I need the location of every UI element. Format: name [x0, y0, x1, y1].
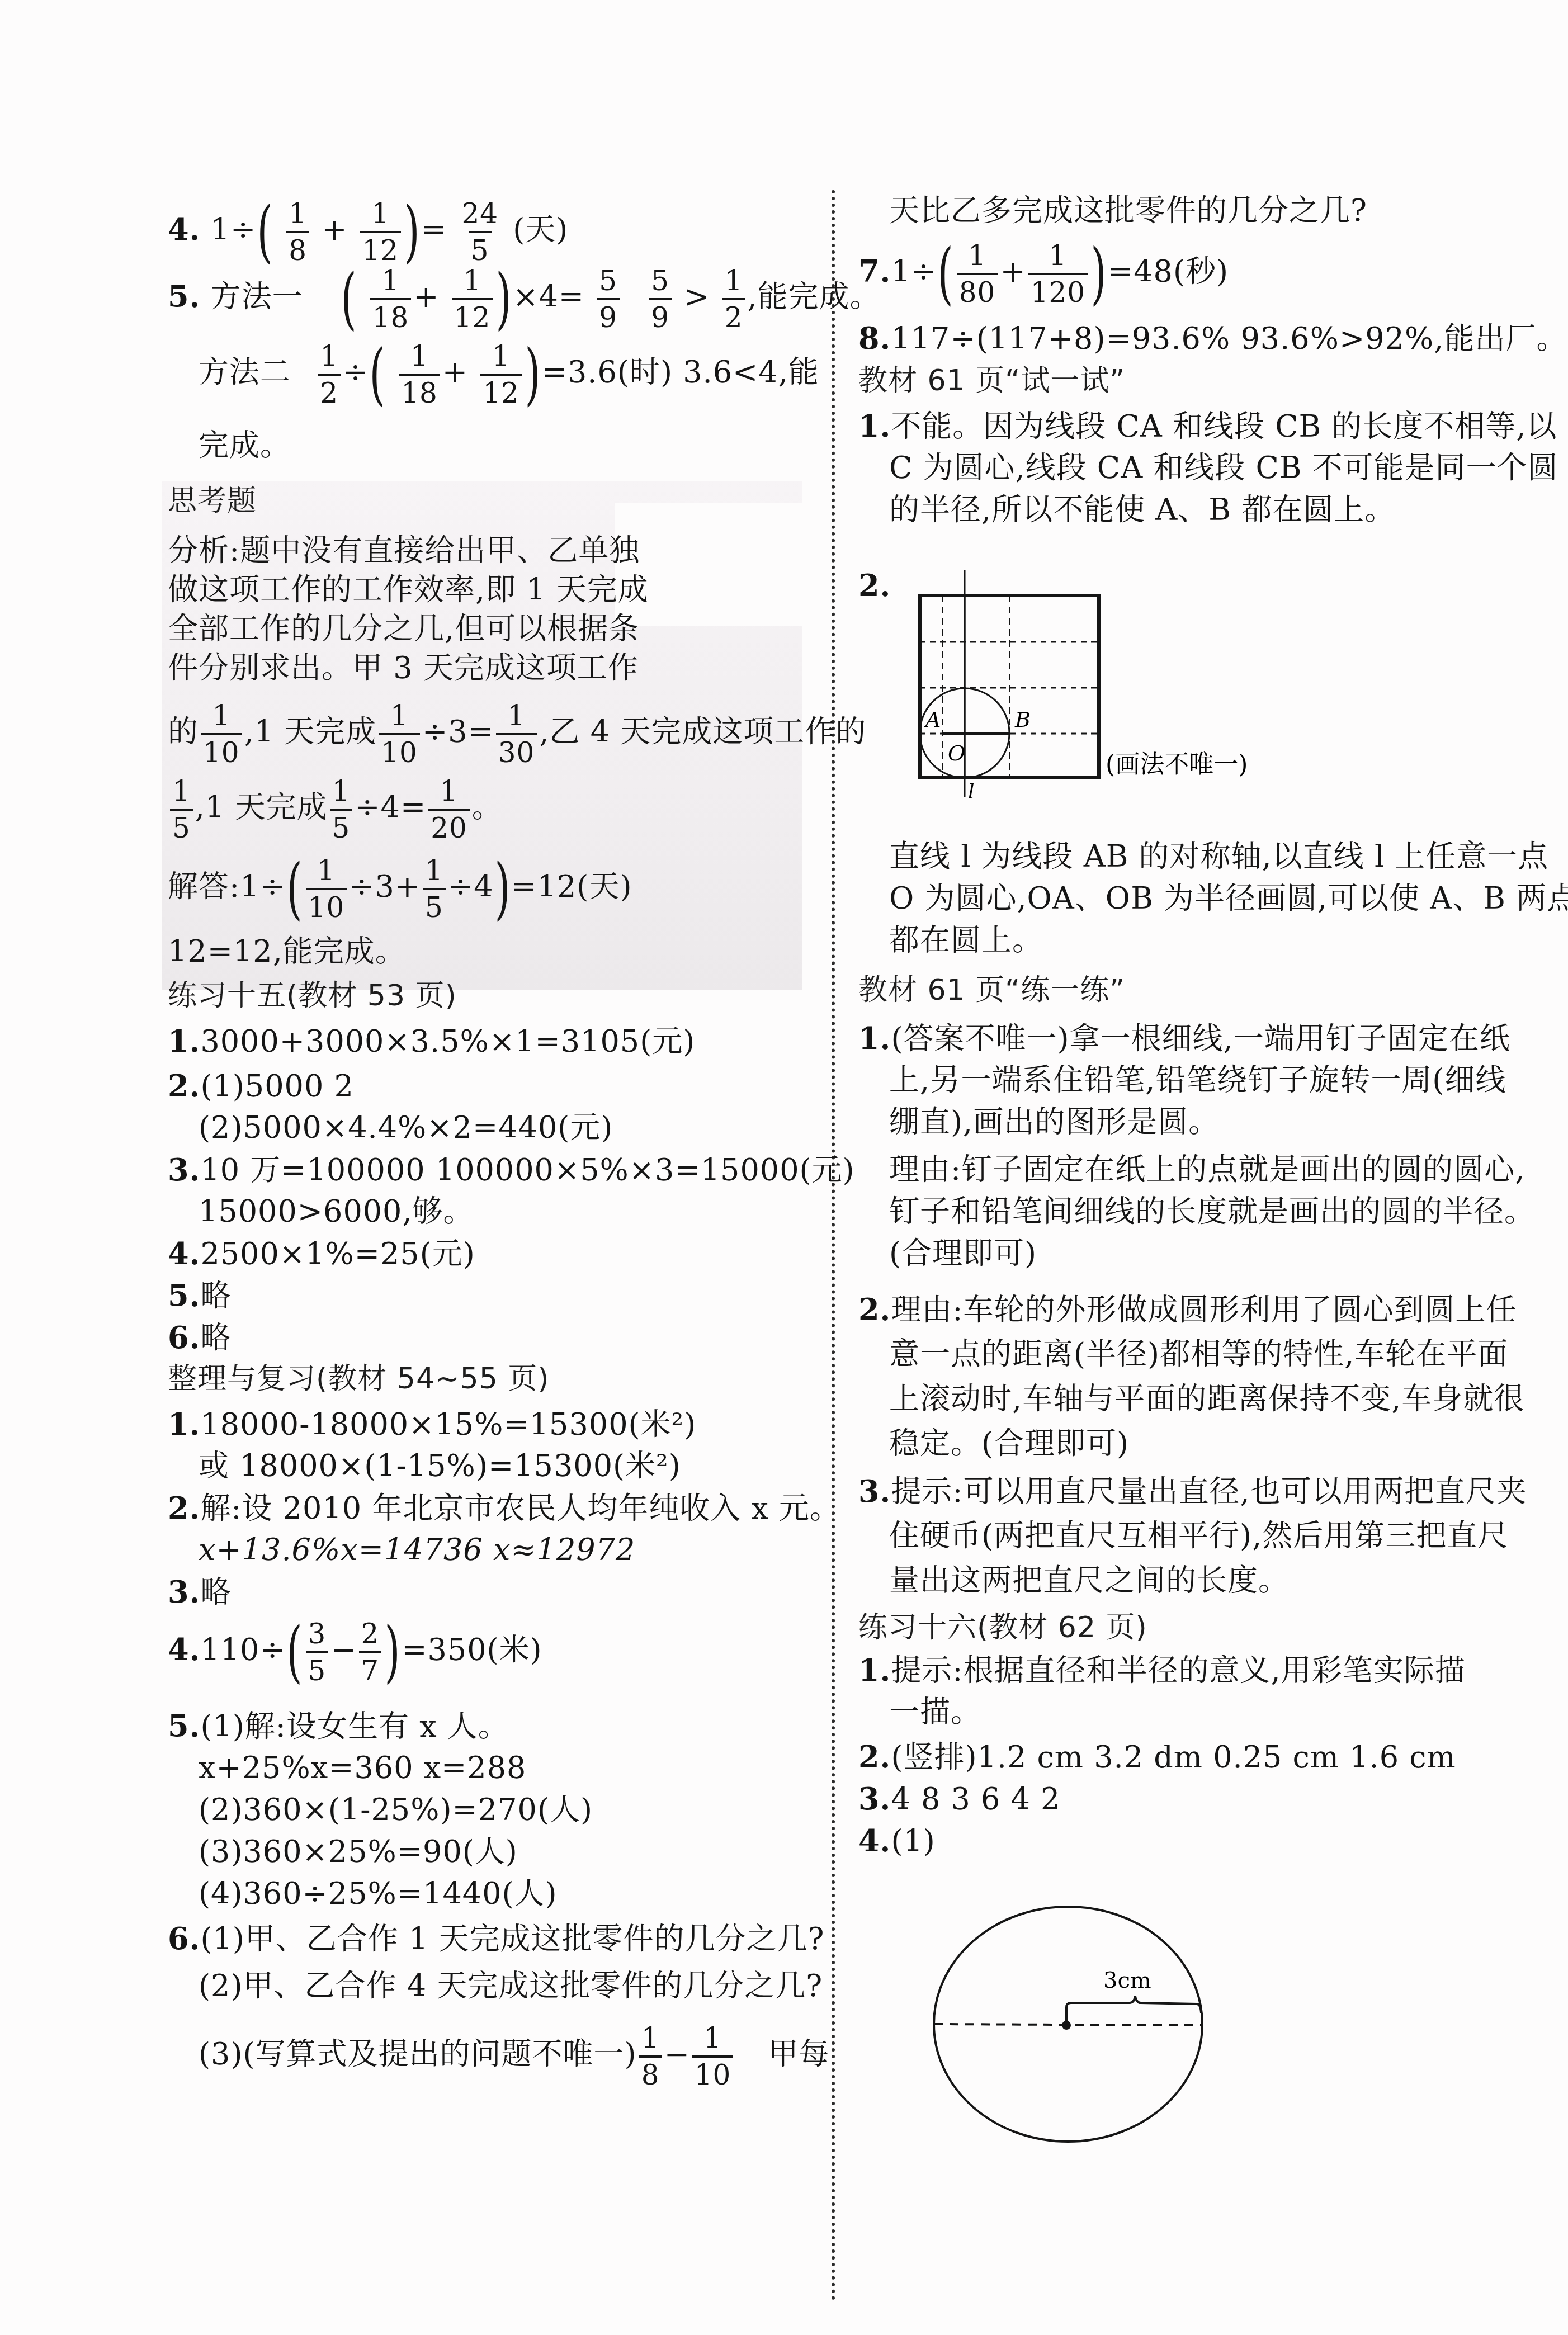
review-item: 2.解:设 2010 年北京市农民人均年纯收入 x 元。	[168, 1493, 840, 1524]
ex15-item: 15000>6000,够。	[199, 1197, 474, 1227]
ex15-item: 1.3000+3000×3.5%×1=3105(元)	[168, 1026, 695, 1057]
think-line-2: 做这项工作的工作效率,即 1 天完成	[168, 575, 649, 605]
ex16-item-4: 4.(1)	[858, 1826, 936, 1856]
ex15-item: 5.略	[168, 1280, 231, 1311]
practice-item-2: 2.理由:车轮的外形做成圆形利用了圆心到圆上任	[858, 1294, 1517, 1325]
radius-circle-figure: 3cm	[923, 1901, 1213, 2158]
ex15-item: 2.(1)5000 2	[168, 1071, 354, 1102]
fraction: 59	[649, 267, 672, 332]
practice-item-1: 绷直),画出的图形是圆。	[889, 1107, 1219, 1137]
ex15-item: 3.10 万=100000 100000×5%×3=15000(元)	[168, 1155, 855, 1185]
answer-key-page: 4. 1÷( 18 + 112)= 245 (天) 5. 方法一 ( 118+ …	[0, 0, 1568, 2335]
review-item: 3.略	[168, 1577, 231, 1608]
practice-item-1: 钉子和铅笔间细线的长度就是画出的圆的半径。	[889, 1197, 1535, 1227]
svg-text:(画法不唯一): (画法不唯一)	[1106, 750, 1248, 779]
think-line-3: 全部工作的几分之几,但可以根据条	[168, 614, 639, 644]
review-item: 或 18000×(1-15%)=15300(米²)	[199, 1451, 681, 1481]
think-line-4: 件分别求出。甲 3 天完成这项工作	[168, 653, 639, 683]
try-item-1: 1.不能。因为线段 CA 和线段 CB 的长度不相等,以	[858, 411, 1557, 442]
practice-item-2: 意一点的距离(半径)都相等的特性,车轮在平面	[889, 1339, 1508, 1369]
think-answer: 解答:1÷(110÷3+15÷4)=12(天)	[168, 855, 632, 923]
answer-5-method-2: 方法二 12÷( 118+ 112)=3.6(时) 3.6<4,能	[199, 341, 819, 408]
think-box-cutout	[615, 503, 802, 626]
column-divider	[832, 190, 835, 2301]
section-title-think: 思考题	[168, 486, 257, 516]
practice-item-1: 上,另一端系住铅笔,铅笔绕钉子旋转一周(细线	[889, 1065, 1506, 1095]
fraction: 112	[360, 200, 402, 264]
practice-item-2: 上滚动时,车轴与平面的距离保持不变,车身就很	[889, 1384, 1524, 1414]
svg-text:B: B	[1014, 707, 1031, 732]
review-item-5: (2)360×(1-25%)=270(人)	[199, 1795, 593, 1825]
try-item-2-label: 2.	[858, 570, 891, 601]
section-title-try: 教材 61 页“试一试”	[858, 366, 1125, 395]
think-answer-2: 12=12,能完成。	[168, 937, 406, 967]
review-item-5: (4)360÷25%=1440(人)	[199, 1879, 558, 1909]
practice-item-3: 量出这两把直尺之间的长度。	[889, 1566, 1289, 1596]
ex16-item-3: 3.4 8 3 6 4 2	[858, 1784, 1060, 1814]
answer-7: 7.1÷(180+1120)=48(秒)	[858, 240, 1229, 308]
review-item-6: (2)甲、乙合作 4 天完成这批零件的几分之几?	[199, 1971, 823, 2001]
fraction: 112	[480, 342, 522, 407]
ex15-item: 4.2500×1%=25(元)	[168, 1239, 475, 1269]
fraction: 18	[286, 200, 309, 264]
practice-item-3: 住硬币(两把直尺互相平行),然后用第三把直尺	[889, 1521, 1508, 1551]
symmetry-circle-figure: A B O l (画法不唯一)	[898, 565, 1289, 805]
review-item-5: x+25%x=360 x=288	[199, 1753, 526, 1783]
fraction: 245	[459, 200, 500, 264]
section-title-review: 整理与复习(教材 54~55 页)	[168, 1364, 550, 1393]
practice-item-1: 理由:钉子固定在纸上的点就是画出的圆的圆心,	[889, 1155, 1525, 1185]
review-item-4: 4.110÷(35−27)=350(米)	[168, 1619, 542, 1686]
fraction: 12	[722, 267, 745, 332]
practice-item-1: 1.(答案不唯一)拿一根细线,一端用钉子固定在纸	[858, 1023, 1510, 1054]
think-line-6: 15,1 天完成15÷4=120。	[168, 777, 503, 842]
think-line-5: 的110,1 天完成110÷3=130,乙 4 天完成这项工作的	[168, 702, 866, 767]
answer-8: 8.117÷(117+8)=93.6% 93.6%>92%,能出厂。	[858, 323, 1567, 354]
try-item-1: 的半径,所以不能使 A、B 都在圆上。	[889, 495, 1395, 525]
ex16-item-1: 1.提示:根据直径和半径的意义,用彩笔实际描	[858, 1655, 1466, 1686]
try-item-2-text: 直线 l 为线段 AB 的对称轴,以直线 l 上任意一点	[889, 842, 1548, 872]
practice-item-3: 3.提示:可以用直尺量出直径,也可以用两把直尺夹	[858, 1476, 1527, 1507]
section-title-practice: 教材 61 页“练一练”	[858, 976, 1125, 1005]
fraction: 12	[318, 342, 341, 407]
ex16-item-1: 一描。	[889, 1697, 981, 1727]
svg-text:3cm: 3cm	[1103, 1968, 1151, 1993]
svg-text:O: O	[948, 741, 965, 765]
answer-5-method-1: 5. 方法一 ( 118+ 112)×4= 59 59 > 12,能完成。	[168, 266, 881, 333]
answer-5-method-2-cont: 完成。	[199, 431, 291, 461]
answer-4: 4. 1÷( 18 + 112)= 245 (天)	[168, 198, 568, 266]
try-item-2-text: O 为圆心,OA、OB 为半径画圆,可以使 A、B 两点	[889, 883, 1568, 914]
practice-item-1: (合理即可)	[889, 1239, 1037, 1269]
fraction: 118	[399, 342, 440, 407]
section-title-ex15: 练习十五(教材 53 页)	[168, 981, 457, 1010]
svg-text:l: l	[968, 781, 975, 803]
review-item-6: 6.(1)甲、乙合作 1 天完成这批零件的几分之几?	[168, 1923, 825, 1954]
review-item: x+13.6%x=14736 x≈12972	[199, 1535, 635, 1565]
review-item-5: 5.(1)解:设女生有 x 人。	[168, 1711, 509, 1742]
think-line-1: 分析:题中没有直接给出甲、乙单独	[168, 536, 640, 566]
practice-item-2: 稳定。(合理即可)	[889, 1429, 1129, 1459]
fraction: 59	[597, 267, 620, 332]
try-item-2-text: 都在圆上。	[889, 925, 1043, 956]
ex16-item-2: 2.(竖排)1.2 cm 3.2 dm 0.25 cm 1.6 cm	[858, 1742, 1456, 1772]
fraction: 118	[370, 267, 412, 332]
review-item-6-3: (3)(写算式及提出的问题不唯一)18−110 甲每	[199, 2024, 829, 2089]
ex15-item: 6.略	[168, 1322, 231, 1353]
review-item: 1.18000-18000×15%=15300(米²)	[168, 1409, 696, 1440]
answer-6-cont: 天比乙多完成这批零件的几分之几?	[889, 196, 1367, 226]
fraction: 112	[452, 267, 493, 332]
section-title-ex16: 练习十六(教材 62 页)	[858, 1613, 1147, 1642]
review-item-5: (3)360×25%=90(人)	[199, 1837, 518, 1867]
ex15-item: (2)5000×4.4%×2=440(元)	[199, 1113, 613, 1143]
try-item-1: C 为圆心,线段 CA 和线段 CB 不可能是同一个圆	[889, 453, 1558, 483]
svg-text:A: A	[924, 707, 941, 732]
